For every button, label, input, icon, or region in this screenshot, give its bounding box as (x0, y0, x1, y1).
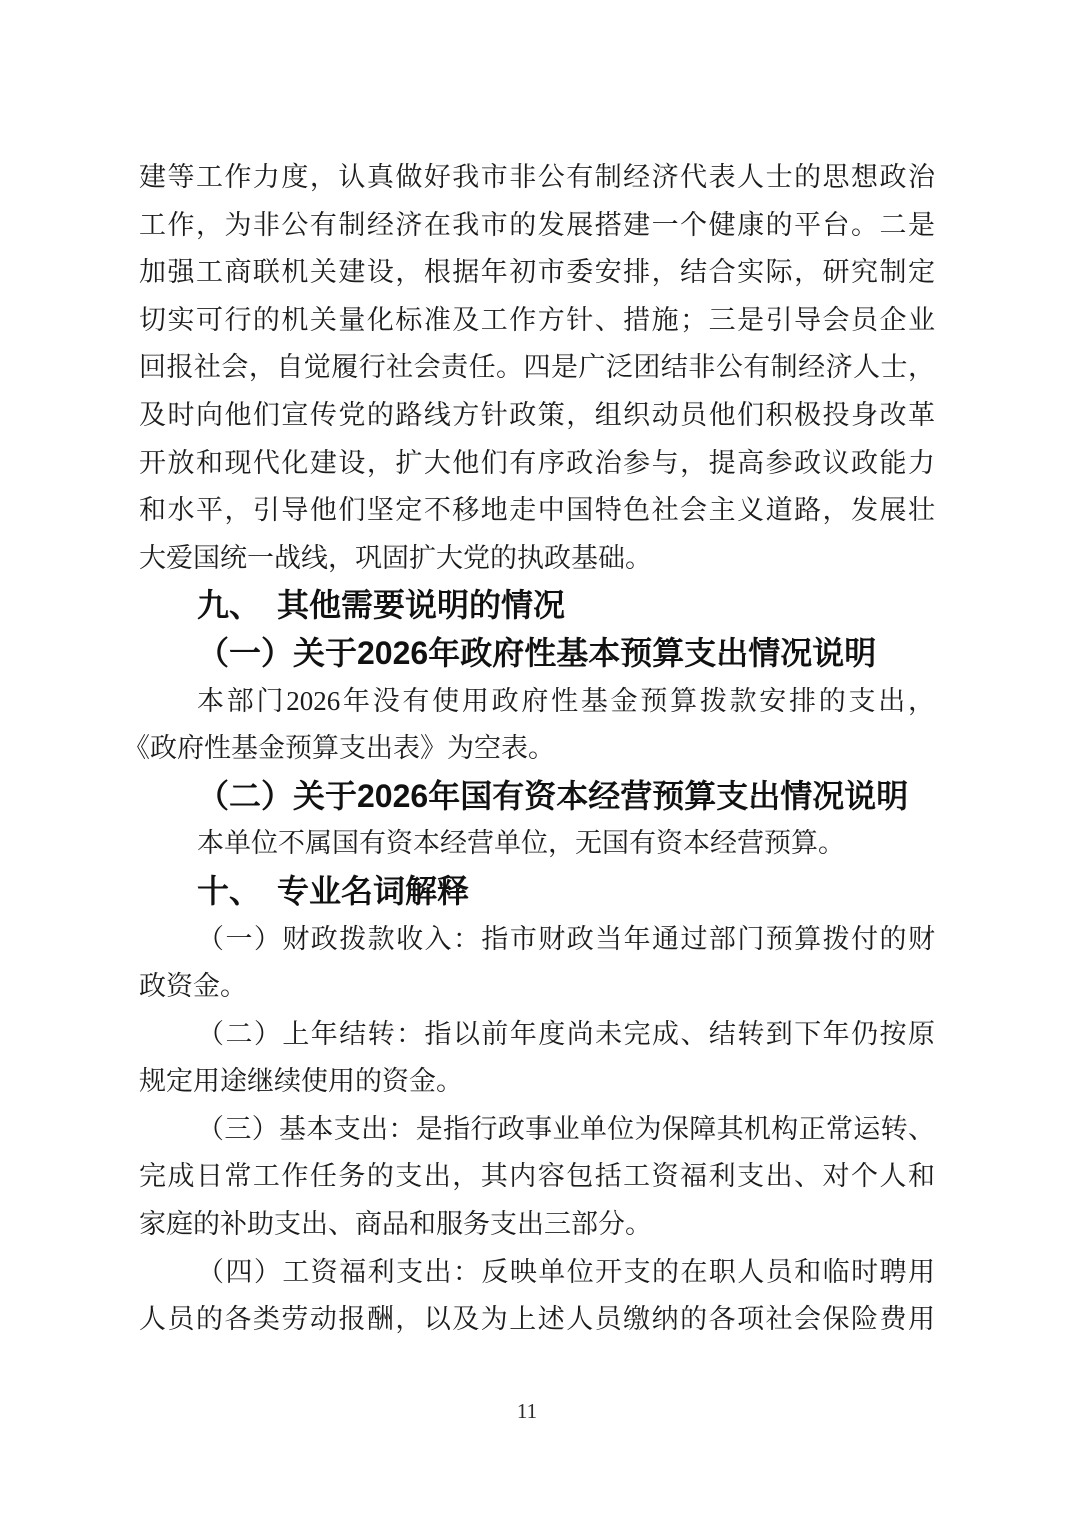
text-line: （二）上年结转：指以前年度尚未完成、结转到下年仍按原 (139, 1011, 935, 1059)
text-line: 政资金。 (139, 963, 935, 1011)
page-number: 11 (0, 1396, 1054, 1426)
text-line: 本部门2026年没有使用政府性基金预算拨款安排的支出， (139, 678, 935, 726)
text-line: 家庭的补助支出、商品和服务支出三部分。 (139, 1201, 935, 1249)
text-line: （一）财政拨款收入：指市财政当年通过部门预算拨付的财 (139, 916, 935, 964)
text-line: 本单位不属国有资本经营单位，无国有资本经营预算。 (139, 820, 935, 868)
text-line: 大爱国统一战线，巩固扩大党的执政基础。 (139, 535, 935, 583)
section-heading-ten: 十、 专业名词解释 (139, 868, 935, 916)
subsection-heading: （二）关于2026年国有资本经营预算支出情况说明 (139, 773, 935, 821)
text-line: 《政府性基金预算支出表》为空表。 (123, 725, 935, 773)
text-line: 回报社会，自觉履行社会责任。四是广泛团结非公有制经济人士， (139, 344, 935, 392)
section-heading-nine: 九、 其他需要说明的情况 (139, 582, 935, 630)
text-line: 切实可行的机关量化标准及工作方针、措施；三是引导会员企业 (139, 297, 935, 345)
text-line: （三）基本支出：是指行政事业单位为保障其机构正常运转、 (139, 1106, 935, 1154)
text-line: 规定用途继续使用的资金。 (139, 1058, 935, 1106)
text-line: 加强工商联机关建设，根据年初市委安排，结合实际，研究制定 (139, 249, 935, 297)
text-line: 开放和现代化建设，扩大他们有序政治参与，提高参政议政能力 (139, 440, 935, 488)
text-line: （四）工资福利支出：反映单位开支的在职人员和临时聘用 (139, 1249, 935, 1297)
text-line: 完成日常工作任务的支出，其内容包括工资福利支出、对个人和 (139, 1153, 935, 1201)
document-body: 建等工作力度，认真做好我市非公有制经济代表人士的思想政治 工作，为非公有制经济在… (139, 154, 935, 1344)
text-line: 建等工作力度，认真做好我市非公有制经济代表人士的思想政治 (139, 154, 935, 202)
text-line: 及时向他们宣传党的路线方针政策，组织动员他们积极投身改革 (139, 392, 935, 440)
text-line: 人员的各类劳动报酬，以及为上述人员缴纳的各项社会保险费用 (139, 1296, 935, 1344)
subsection-heading: （一）关于2026年政府性基本预算支出情况说明 (139, 630, 935, 678)
text-line: 工作，为非公有制经济在我市的发展搭建一个健康的平台。二是 (139, 202, 935, 250)
document-page: 建等工作力度，认真做好我市非公有制经济代表人士的思想政治 工作，为非公有制经济在… (0, 0, 1074, 1520)
text-line: 和水平，引导他们坚定不移地走中国特色社会主义道路，发展壮 (139, 487, 935, 535)
